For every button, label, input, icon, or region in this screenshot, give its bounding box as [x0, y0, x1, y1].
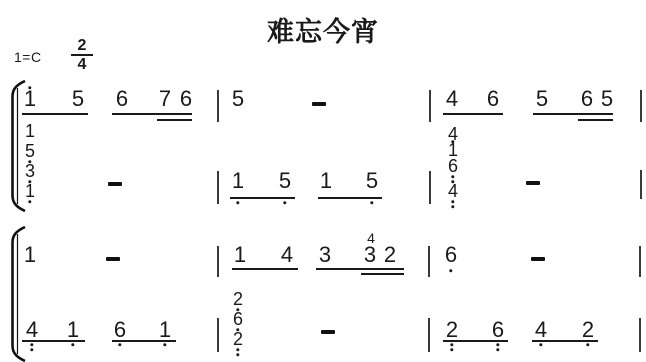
octave-dot: [236, 353, 239, 356]
octave-dot: [451, 175, 454, 178]
note: 2: [233, 290, 243, 308]
note: 4: [448, 182, 458, 200]
note: 5: [232, 88, 244, 110]
note: 6: [180, 88, 192, 110]
note: 5: [536, 88, 548, 110]
note: 2: [446, 319, 458, 341]
note: 2: [233, 330, 243, 348]
note: 4: [281, 244, 293, 266]
octave-dot: [71, 343, 74, 346]
octave-dot: [30, 348, 33, 351]
note: 5: [366, 170, 378, 192]
octave-dot: [496, 343, 499, 346]
note: 3: [319, 244, 331, 266]
barline: [640, 170, 642, 199]
octave-dot: [449, 269, 452, 272]
sheet-music-page: 难忘今宵 1=C 2 4 156765465651531151541641143…: [0, 0, 646, 362]
beam-line: [443, 340, 508, 342]
beam-line: [316, 268, 404, 270]
barline: [428, 246, 430, 277]
note: 6: [492, 319, 504, 341]
note: 7: [159, 88, 171, 110]
note: 1: [67, 319, 79, 341]
note: 6: [445, 244, 457, 266]
time-signature-numerator: 2: [78, 38, 87, 54]
beam-line: [532, 340, 598, 342]
rest-dash: [108, 182, 122, 186]
octave-dot: [539, 343, 542, 346]
beam-line: [533, 113, 613, 115]
octave-dot: [496, 348, 499, 351]
note: 1: [232, 170, 244, 192]
note: 2: [384, 244, 396, 266]
beam-line: [22, 340, 85, 342]
beam-line: [230, 197, 295, 199]
octave-dot: [28, 200, 31, 203]
barline: [217, 318, 219, 352]
note: 6: [448, 157, 458, 175]
barline: [428, 318, 430, 352]
note: 5: [72, 88, 84, 110]
barline: [639, 318, 641, 352]
note: 5: [279, 170, 291, 192]
note: 6: [581, 88, 593, 110]
beam-line: [232, 268, 298, 270]
note: 5: [601, 88, 613, 110]
octave-dot: [283, 201, 286, 204]
beam-line: [578, 119, 613, 121]
note: 1: [320, 170, 332, 192]
rest-dash: [531, 257, 545, 261]
beam-line: [112, 340, 176, 342]
beam-line: [361, 273, 404, 275]
note: 1: [234, 244, 246, 266]
barline: [217, 90, 219, 122]
note: 4: [535, 319, 547, 341]
octave-dot: [236, 201, 239, 204]
grace-note: 4: [367, 231, 375, 245]
note: 6: [116, 88, 128, 110]
note: 3: [364, 244, 376, 266]
note: 4: [446, 88, 458, 110]
rest-dash: [321, 330, 335, 334]
barline: [217, 171, 219, 204]
barline: [429, 90, 431, 122]
rest-dash: [106, 257, 120, 261]
octave-dot: [370, 201, 373, 204]
octave-dot: [163, 343, 166, 346]
song-title: 难忘今宵: [0, 18, 646, 46]
barline: [429, 171, 431, 204]
note: 6: [233, 310, 243, 328]
system-bracket: [5, 226, 27, 362]
beam-line: [22, 113, 88, 115]
time-signature-denominator: 4: [78, 57, 87, 73]
rest-dash: [526, 181, 540, 185]
octave-dot: [450, 348, 453, 351]
octave-dot: [451, 200, 454, 203]
beam-line: [112, 113, 192, 115]
octave-dot: [236, 348, 239, 351]
beam-line: [443, 113, 503, 115]
note: 4: [26, 319, 38, 341]
octave-dot: [30, 343, 33, 346]
octave-dot: [451, 205, 454, 208]
octave-dot: [586, 343, 589, 346]
barline: [217, 246, 219, 277]
system-bracket: [5, 80, 27, 212]
beam-line: [318, 197, 382, 199]
note: 1: [159, 319, 171, 341]
octave-dot: [118, 343, 121, 346]
barline: [639, 246, 641, 277]
note: 6: [487, 88, 499, 110]
key-signature: 1=C: [14, 49, 42, 65]
beam-line: [157, 119, 192, 121]
note: 6: [114, 319, 126, 341]
note: 2: [582, 319, 594, 341]
barline: [640, 90, 642, 122]
rest-dash: [312, 102, 326, 106]
octave-dot: [450, 343, 453, 346]
